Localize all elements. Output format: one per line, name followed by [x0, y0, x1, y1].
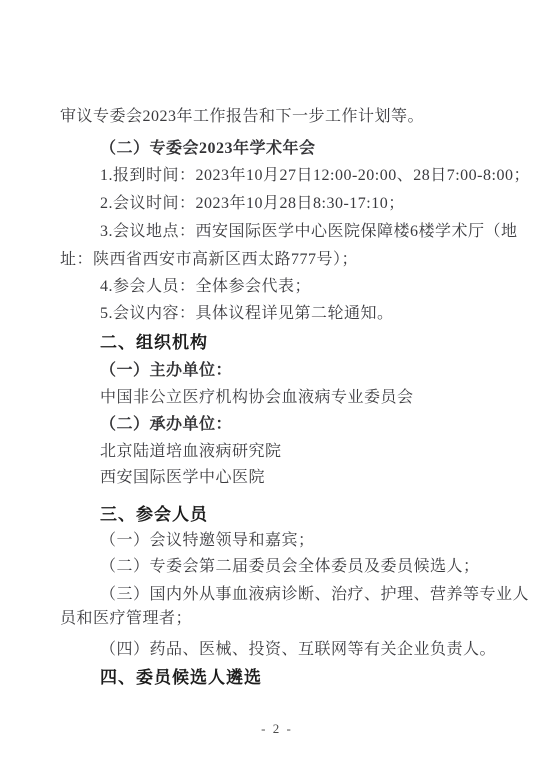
text-organizer-2: 西安国际医学中心医院: [100, 464, 265, 487]
text-organizer-1: 北京陆道培血液病研究院: [100, 438, 282, 461]
item-checkin-time: 1.报到时间：2023年10月27日12:00-20:00、28日7:00-8:…: [100, 162, 530, 185]
item-participants: 4.参会人员：全体参会代表；: [100, 273, 311, 296]
item-meeting-location-cont: 址：陕西省西安市高新区西太路777号）；: [60, 246, 358, 269]
heading-organization: 二、组织机构: [100, 328, 208, 353]
item-meeting-content: 5.会议内容：具体议程详见第二轮通知。: [100, 300, 394, 323]
subhead-organizer-unit: （二）承办单位：: [100, 411, 232, 434]
item-attendee-2: （二）专委会第二届委员会全体委员及委员候选人；: [100, 553, 480, 576]
item-meeting-time: 2.会议时间：2023年10月28日8:30-17:10；: [100, 190, 405, 213]
para-review-report: 审议专委会2023年工作报告和下一步工作计划等。: [60, 103, 424, 126]
text-host-unit-name: 中国非公立医疗机构协会血液病专业委员会: [100, 384, 414, 407]
item-attendee-3: （三）国内外从事血液病诊断、治疗、护理、营养等专业人: [100, 581, 529, 604]
subhead-host-unit: （一）主办单位：: [100, 357, 232, 380]
page-number: - 2 -: [0, 721, 554, 737]
item-attendee-3-cont: 员和医疗管理者；: [60, 605, 192, 628]
document-page: 审议专委会2023年工作报告和下一步工作计划等。 （二）专委会2023年学术年会…: [0, 0, 554, 783]
heading-candidate-selection: 四、委员候选人遴选: [100, 663, 262, 688]
item-attendee-4: （四）药品、医械、投资、互联网等有关企业负责人。: [100, 636, 496, 659]
heading-attendees: 三、参会人员: [100, 500, 208, 525]
subhead-annual-meeting: （二）专委会2023年学术年会: [100, 135, 316, 158]
item-meeting-location: 3.会议地点：西安国际医学中心医院保障楼6楼学术厅（地: [100, 218, 518, 241]
item-attendee-1: （一）会议特邀领导和嘉宾；: [100, 527, 315, 550]
